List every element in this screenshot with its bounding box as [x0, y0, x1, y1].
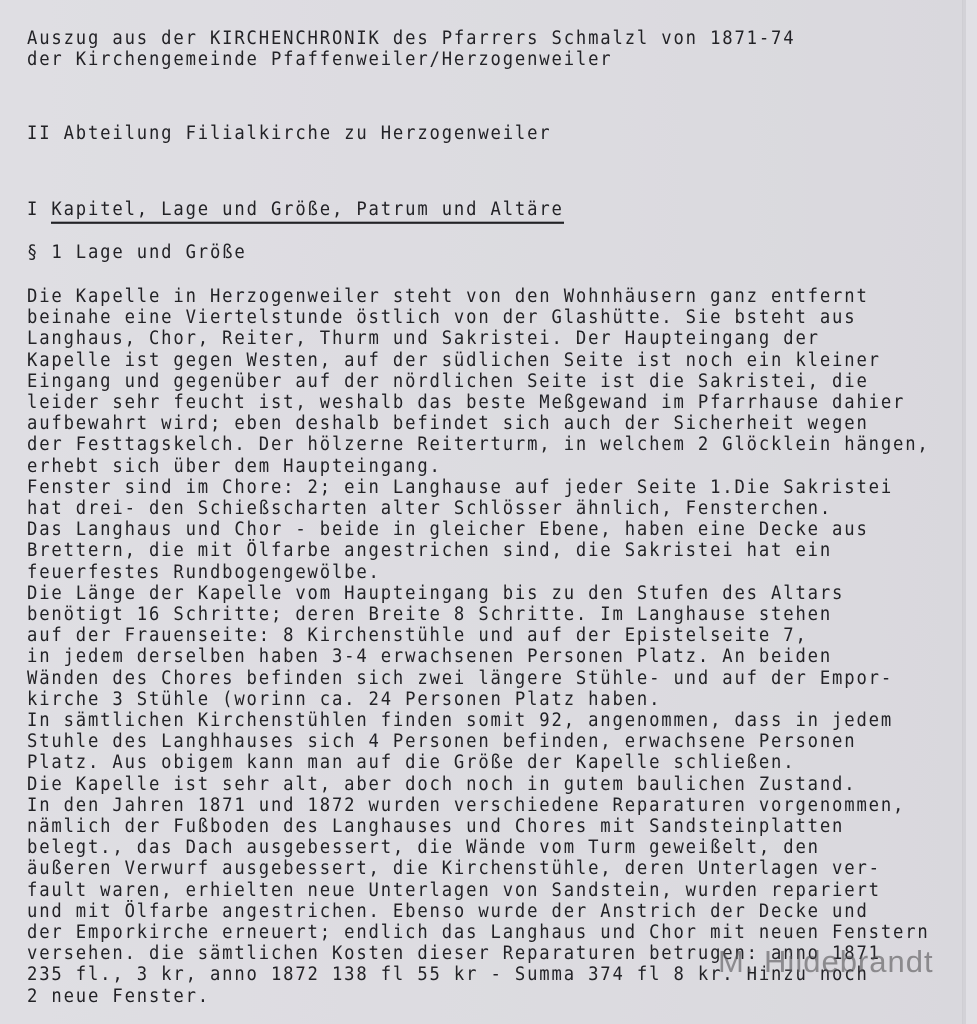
chapter-prefix: I: [27, 199, 51, 221]
chapter-title: Kapitel, Lage und Größe, Patrum und Altä…: [51, 199, 563, 224]
chapter-heading: I Kapitel, Lage und Größe, Patrum und Al…: [27, 199, 564, 222]
body-line: 2 neue Fenster.: [27, 986, 210, 1009]
header-line-2: der Kirchengemeinde Pfaffenweiler/Herzog…: [27, 49, 613, 72]
body-line: hat drei- den Schießscharten alter Schlö…: [27, 498, 832, 521]
paragraph-heading: § 1 Lage und Größe: [27, 242, 247, 265]
body-line: nämlich der Fußboden des Langhauses und …: [27, 816, 844, 839]
header-line-1: Auszug aus der KIRCHENCHRONIK des Pfarre…: [27, 28, 795, 51]
section-title: II Abteilung Filialkirche zu Herzogenwei…: [27, 123, 552, 146]
body-line: feuerfestes Rundbogengewölbe.: [27, 562, 381, 585]
body-line: Eingang und gegenüber auf der nördlichen…: [27, 371, 869, 394]
body-line: äußeren Verwurf ausgebessert, die Kirche…: [27, 858, 881, 881]
body-line: belegt., das Dach ausgebessert, die Wänd…: [27, 837, 820, 860]
body-line: Kapelle ist gegen Westen, auf der südlic…: [27, 350, 881, 373]
body-line: fault waren, erhielten neue Unterlagen v…: [27, 880, 881, 903]
body-line: auf der Frauenseite: 8 Kirchenstühle und…: [27, 625, 808, 648]
body-line: beinahe eine Viertelstunde östlich von d…: [27, 307, 856, 330]
body-line: Wänden des Chores befinden sich zwei län…: [27, 668, 893, 691]
body-line: der Emporkirche erneuert; endlich das La…: [27, 922, 930, 945]
body-line: aufbewahrt wird; eben deshalb befindet s…: [27, 413, 869, 436]
body-line: und mit Ölfarbe angestrichen. Ebenso wur…: [27, 901, 869, 924]
body-line: erhebt sich über dem Haupteingang.: [27, 456, 442, 479]
body-line: kirche 3 Stühle (worinn ca. 24 Personen …: [27, 689, 661, 712]
body-line: Die Kapelle ist sehr alt, aber doch noch…: [27, 774, 856, 797]
body-line: leider sehr feucht ist, weshalb das best…: [27, 392, 905, 415]
body-line: Die Kapelle in Herzogenweiler steht von …: [27, 286, 869, 309]
body-line: Das Langhaus und Chor - beide in gleiche…: [27, 519, 869, 542]
body-line: der Festtagskelch. Der hölzerne Reitertu…: [27, 434, 930, 457]
scanned-page: Auszug aus der KIRCHENCHRONIK des Pfarre…: [0, 0, 977, 1024]
body-line: Langhaus, Chor, Reiter, Thurm und Sakris…: [27, 328, 820, 351]
scan-edge-margin: [966, 0, 977, 1024]
body-line: Die Länge der Kapelle vom Haupteingang b…: [27, 583, 844, 606]
body-line: Brettern, die mit Ölfarbe angestrichen s…: [27, 540, 832, 563]
body-line: in jedem derselben haben 3-4 erwachsenen…: [27, 646, 832, 669]
body-line: Fenster sind im Chore: 2; ein Langhause …: [27, 477, 893, 500]
watermark: M. Hildebrandt: [718, 944, 934, 980]
body-line: In sämtlichen Kirchenstühlen finden somi…: [27, 710, 893, 733]
body-line: Stuhle des Langhhauses sich 4 Personen b…: [27, 731, 856, 754]
body-line: Platz. Aus obigem kann man auf die Größe…: [27, 752, 795, 775]
body-line: In den Jahren 1871 und 1872 wurden versc…: [27, 795, 905, 818]
body-line: benötigt 16 Schritte; deren Breite 8 Sch…: [27, 604, 832, 627]
